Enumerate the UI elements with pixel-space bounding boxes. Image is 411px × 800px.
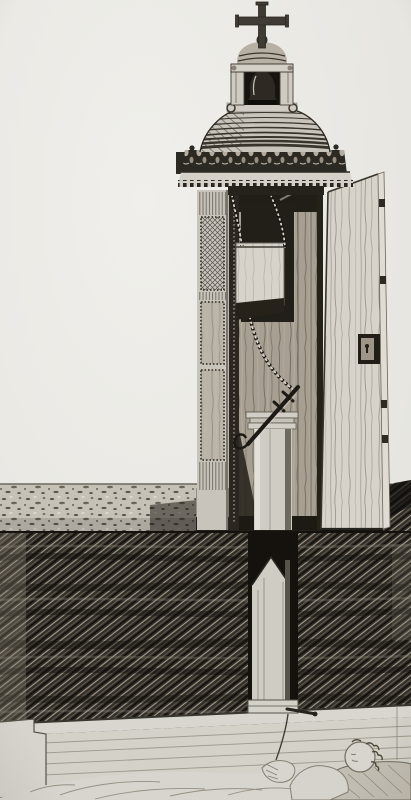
vignette-overlay <box>0 0 411 800</box>
engraving-illustration <box>0 0 411 800</box>
engraving-canvas <box>0 0 411 800</box>
